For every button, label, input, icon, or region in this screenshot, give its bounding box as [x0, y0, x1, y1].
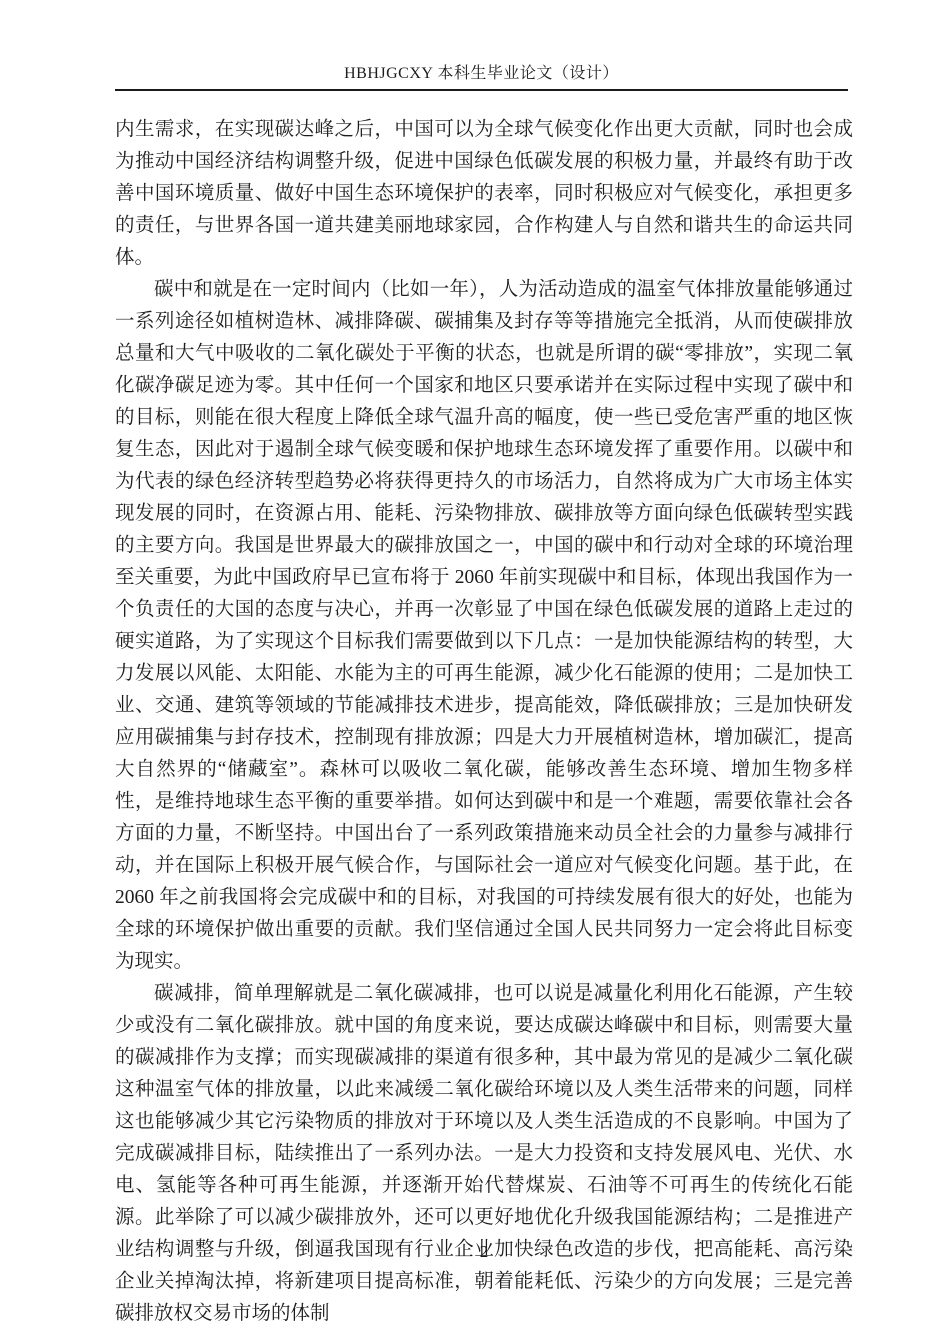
- paragraph-carbon-emission-reduction: 碳减排，简单理解就是二氧化碳减排，也可以说是减量化利用化石能源，产生较少或没有二…: [115, 978, 853, 1330]
- page-footer: 2: [115, 1241, 853, 1263]
- paragraph-carbon-neutrality: 碳中和就是在一定时间内（比如一年），人为活动造成的温室气体排放量能够通过一系列途…: [115, 274, 853, 978]
- page-number: 2: [480, 1242, 489, 1261]
- document-body: 内生需求，在实现碳达峰之后，中国可以为全球气候变化作出更大贡献，同时也会成为推动…: [115, 114, 853, 1330]
- page-header: HBHJGCXY 本科生毕业论文（设计）: [115, 62, 848, 91]
- running-head-title: HBHJGCXY 本科生毕业论文（设计）: [344, 65, 619, 82]
- document-page: HBHJGCXY 本科生毕业论文（设计） 内生需求，在实现碳达峰之后，中国可以为…: [0, 0, 950, 1344]
- paragraph-carbon-peak-continuation: 内生需求，在实现碳达峰之后，中国可以为全球气候变化作出更大贡献，同时也会成为推动…: [115, 114, 853, 274]
